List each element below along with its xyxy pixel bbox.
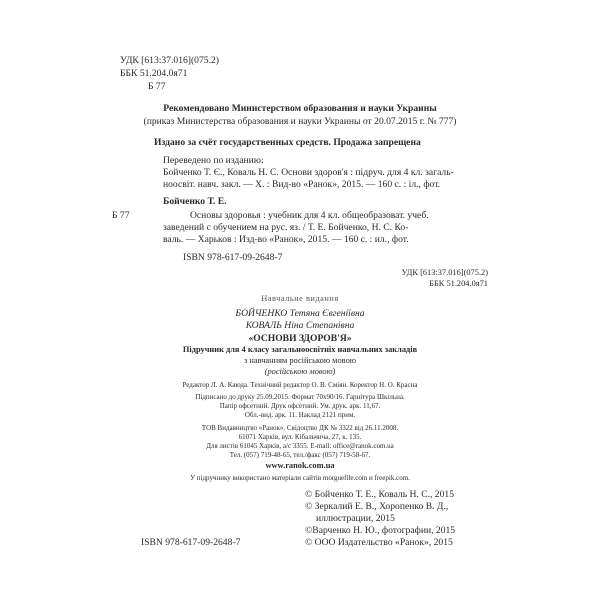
imprint-publisher-3: Для листів 61045 Харків, а/с 3355. E-mai… bbox=[140, 442, 460, 451]
copyright-1: © Бойченко Т. Е., Коваль Н. С., 2015 bbox=[305, 489, 454, 501]
imprint-materials: У підручнику використано матеріали сайті… bbox=[140, 474, 460, 483]
imprint-publisher-4: Тел. (057) 719-48-65, тел./факс (057) 71… bbox=[140, 451, 460, 460]
bottom-isbn: ISBN 978-617-09-2648-7 bbox=[141, 537, 240, 549]
recommendation-line-2: (приказ Министерства образования и науки… bbox=[100, 116, 500, 128]
author-mark: Б 77 bbox=[148, 81, 166, 93]
imprint-heading: Навчальне видання bbox=[150, 294, 450, 304]
imprint-print-1: Підписано до друку 25.09.2015. Формат 70… bbox=[140, 393, 460, 402]
copyright-2-cont: иллюстрации, 2015 bbox=[316, 513, 395, 525]
recommendation-line-1: Рекомендовано Министерством образования … bbox=[100, 103, 500, 115]
copyright-4: © ООО Издательство «Ранок», 2015 bbox=[305, 537, 453, 549]
translated-from-line-2: ноосвіт. навч. закл. — Х. : Вид-во «Рано… bbox=[163, 179, 440, 191]
copyright-3: ©Варченко Н. Ю., фотографии, 2015 bbox=[305, 525, 455, 537]
catalog-line-2: заведений с обучением на рус. яз. / Т. Е… bbox=[163, 222, 408, 234]
imprint-subtitle-2: з навчанням російською мовою bbox=[150, 356, 450, 366]
imprint-author-1: БОЙЧЕНКО Тетяна Євгеніївна bbox=[150, 308, 450, 320]
imprint-print-2: Папір офсетний. Друк офсетний. Ум. друк.… bbox=[140, 402, 460, 411]
imprint-website: www.ranok.com.ua bbox=[150, 461, 450, 471]
right-bbk-code: ББК 51.204.0я71 bbox=[429, 279, 488, 289]
catalog-line-3: валь. — Харьков : Изд-во «Ранок», 2015. … bbox=[163, 234, 409, 246]
imprint-subtitle-1: Підручник для 4 класу загальноосвітніх н… bbox=[140, 345, 460, 355]
imprint-author-2: КОВАЛЬ Ніна Степанівна bbox=[150, 320, 450, 332]
imprint-language: (російською мовою) bbox=[150, 367, 450, 377]
translated-from-line-1: Бойченко Т. Є., Коваль Н. С. Основи здор… bbox=[163, 167, 454, 179]
imprint-print-3: Обл.-вид. арк. 11. Наклад 2121 прим. bbox=[140, 411, 460, 420]
translated-from-label: Переведено по изданию: bbox=[163, 155, 264, 167]
copyright-2: © Зеркалий Е. В., Хоропенко В. Д., bbox=[305, 501, 448, 513]
catalog-author: Бойченко Т. Е. bbox=[163, 196, 227, 208]
catalog-line-1: Основы здоровья : учебник для 4 кл. обще… bbox=[190, 210, 429, 222]
imprint-publisher-1: ТОВ Видавництво «Ранок». Свідоцтво ДК № … bbox=[140, 424, 460, 433]
imprint-publisher-2: 61071 Харків, вул. Кібальчича, 27, к. 13… bbox=[140, 433, 460, 442]
right-udk-code: УДК [613:37.016](075.2) bbox=[402, 268, 488, 278]
imprint-editors: Редактор Л. А. Каюда. Технічний редактор… bbox=[140, 381, 460, 390]
funding-notice: Издано за счёт государственных средств. … bbox=[154, 137, 421, 149]
catalog-mark: Б 77 bbox=[112, 210, 130, 222]
catalog-isbn: ISBN 978-617-09-2648-7 bbox=[183, 252, 282, 264]
imprint-title: «ОСНОВИ ЗДОРОВ'Я» bbox=[150, 333, 450, 345]
bbk-code: ББК 51.204.0я71 bbox=[120, 68, 187, 80]
udk-code: УДК [613:37.016](075.2) bbox=[120, 55, 219, 67]
